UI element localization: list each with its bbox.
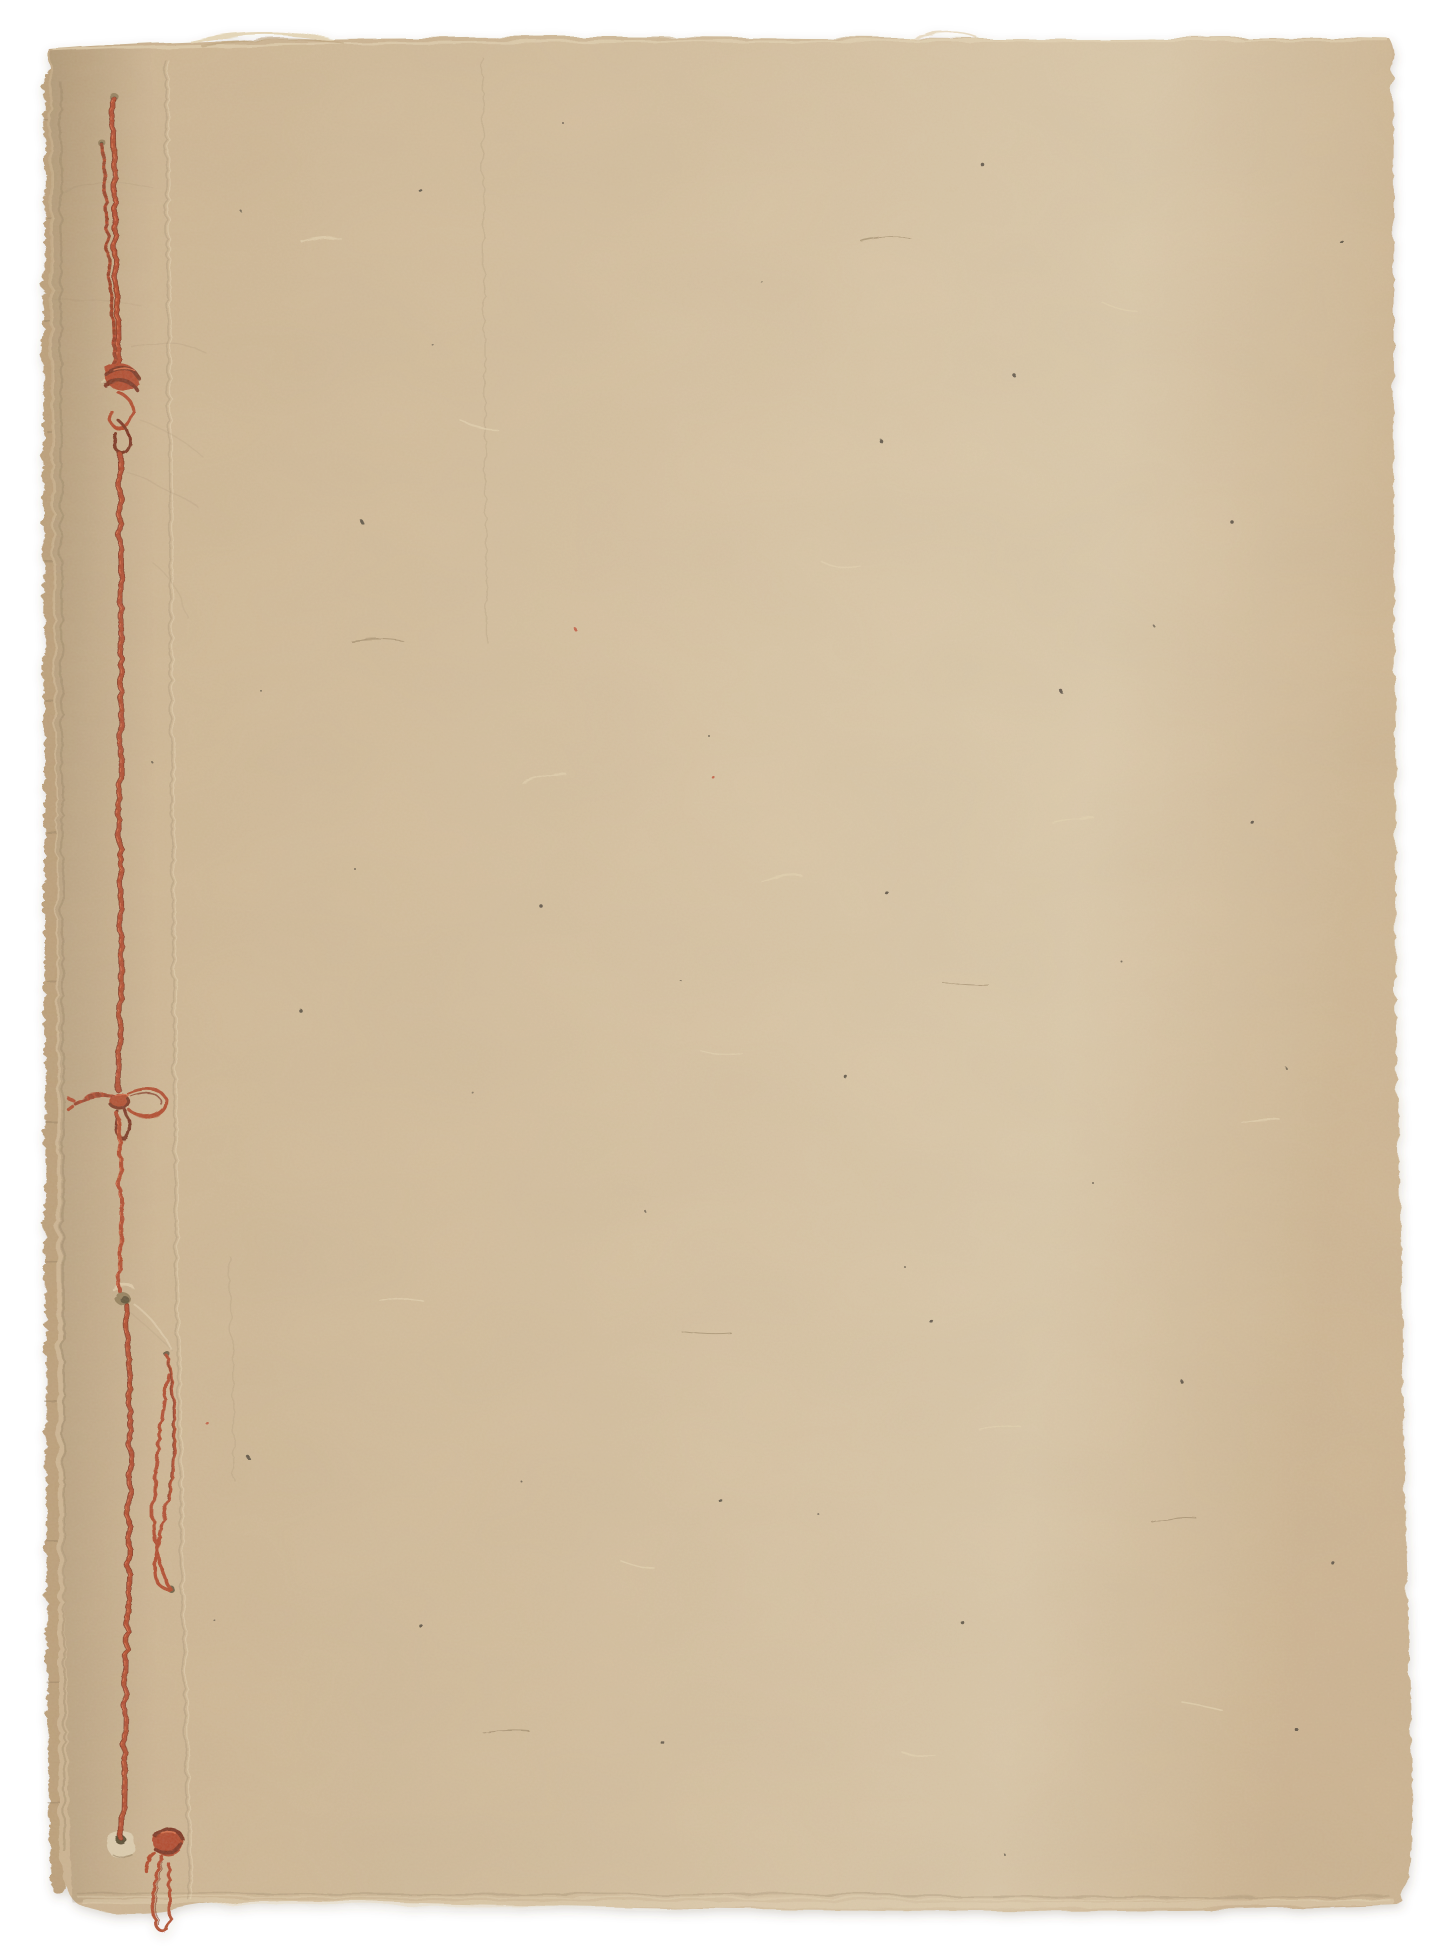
notebook-textured [40,31,1410,1930]
stitch-hole-torn-shadow [118,1294,127,1301]
cover-sheen [48,37,1410,1910]
cover-sheet [48,31,1410,1913]
cover-left-shading [50,46,155,1900]
photograph: Antique side-sewn notebook with a blank … [0,0,1445,1951]
notebook [40,31,1410,1930]
cover-bottom-highlight [80,1899,1392,1903]
notebook-photo-svg: Antique side-sewn notebook with a blank … [0,0,1445,1951]
